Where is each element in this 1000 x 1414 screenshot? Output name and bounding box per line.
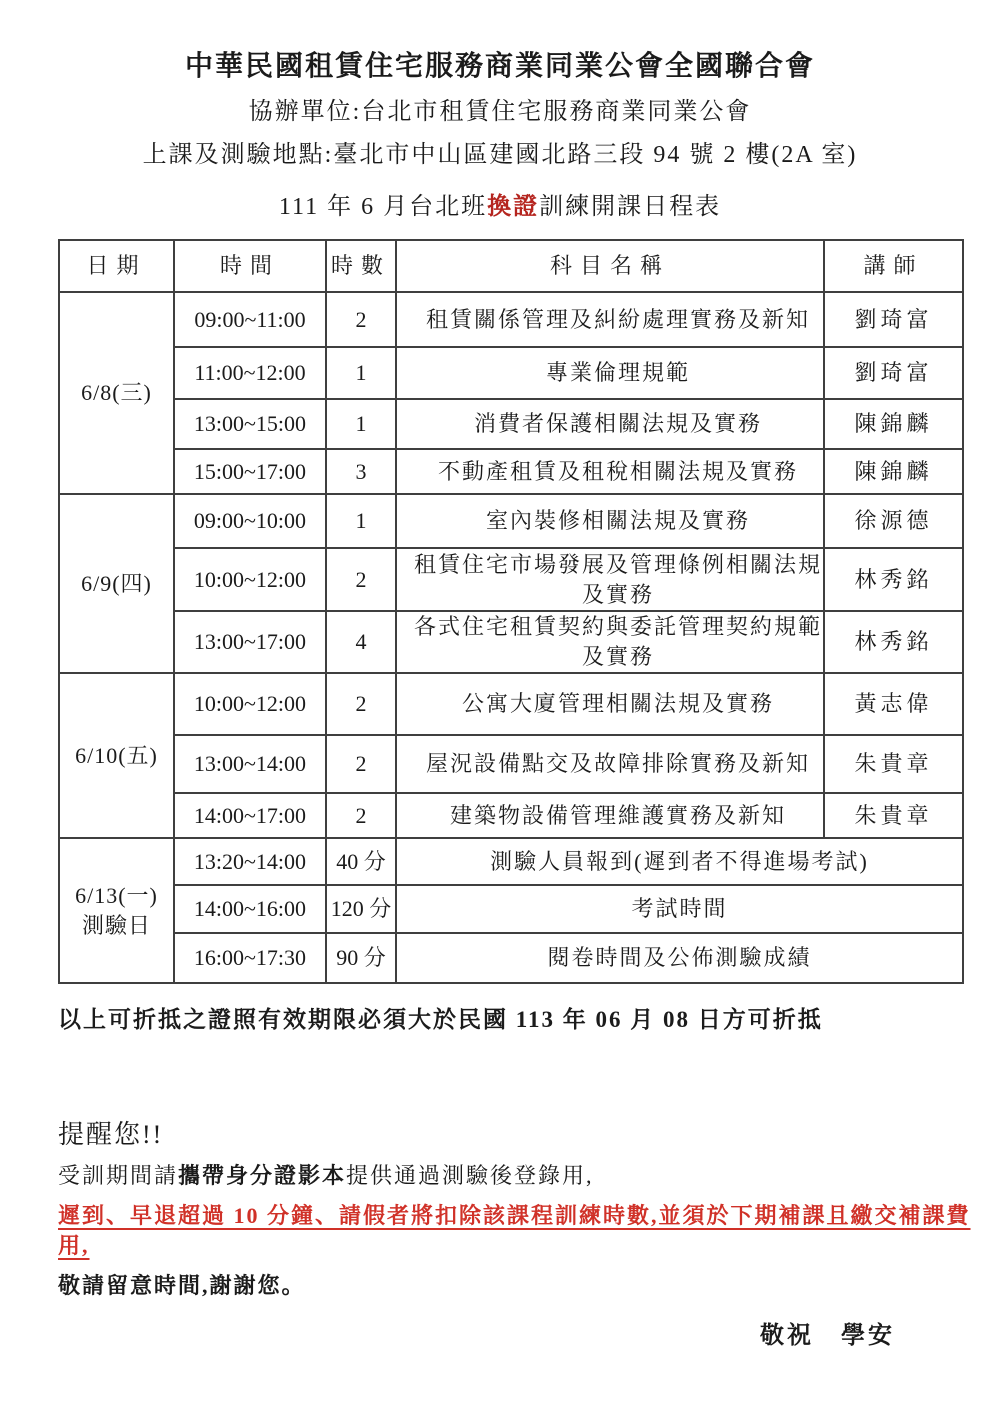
location-line: 上課及測驗地點:臺北市中山區建國北路三段 94 號 2 樓(2A 室) — [0, 140, 1000, 170]
table-row: 11:00~12:00 1 專業倫理規範 劉琦富 — [59, 347, 963, 399]
hours-cell: 1 — [326, 399, 396, 449]
time-cell: 13:00~17:00 — [174, 611, 326, 673]
table-row: 13:00~15:00 1 消費者保護相關法規及實務 陳錦麟 — [59, 399, 963, 449]
table-row: 14:00~17:00 2 建築物設備管理維護實務及新知 朱貴章 — [59, 793, 963, 838]
column-header-time: 時間 — [174, 240, 326, 292]
hours-cell: 2 — [326, 793, 396, 838]
instructor-cell: 劉琦富 — [824, 292, 963, 347]
instructor-cell: 陳錦麟 — [824, 449, 963, 494]
time-cell: 10:00~12:00 — [174, 548, 326, 611]
column-header-hours: 時數 — [326, 240, 396, 292]
id-card-note-post: 提供通過測驗後登錄用, — [346, 1163, 594, 1188]
hours-cell: 90 分 — [326, 933, 396, 983]
time-cell: 13:00~15:00 — [174, 399, 326, 449]
table-row: 13:00~17:00 4 各式住宅租賃契約與委託管理契約規範及實務 林秀銘 — [59, 611, 963, 673]
instructor-cell: 朱貴章 — [824, 793, 963, 838]
time-cell: 15:00~17:00 — [174, 449, 326, 494]
schedule-title-highlight: 換證 — [487, 194, 539, 220]
hours-cell: 1 — [326, 347, 396, 399]
document-page: 中華民國租賃住宅服務商業同業公會全國聯合會 協辦單位:台北市租賃住宅服務商業同業… — [0, 0, 1000, 1350]
page-title: 中華民國租賃住宅服務商業同業公會全國聯合會 — [0, 50, 1000, 84]
table-row: 14:00~16:00 120 分 考試時間 — [59, 885, 963, 933]
instructor-cell: 朱貴章 — [824, 735, 963, 793]
closing-note: 敬請留意時間,謝謝您。 — [58, 1271, 1000, 1301]
time-cell: 13:00~14:00 — [174, 735, 326, 793]
reminder-title: 提醒您!! — [58, 1114, 1000, 1151]
instructor-cell: 林秀銘 — [824, 611, 963, 673]
hours-cell: 2 — [326, 292, 396, 347]
instructor-cell: 黃志偉 — [824, 673, 963, 735]
table-row: 16:00~17:30 90 分 閱卷時間及公佈測驗成績 — [59, 933, 963, 983]
table-row: 6/13(一)測驗日 13:20~14:00 40 分 測驗人員報到(遲到者不得… — [59, 838, 963, 885]
time-cell: 09:00~11:00 — [174, 292, 326, 347]
late-penalty-warning: 遲到、早退超過 10 分鐘、請假者將扣除該課程訓練時數,並須於下期補課且繳交補課… — [58, 1201, 1000, 1261]
instructor-cell: 林秀銘 — [824, 548, 963, 611]
table-row: 6/9(四) 09:00~10:00 1 室內裝修相關法規及實務 徐源德 — [59, 494, 963, 548]
date-cell: 6/9(四) — [59, 494, 174, 673]
time-cell: 14:00~16:00 — [174, 885, 326, 933]
hours-cell: 3 — [326, 449, 396, 494]
subject-cell: 租賃住宅市場發展及管理條例相關法規及實務 — [396, 548, 824, 611]
time-cell: 10:00~12:00 — [174, 673, 326, 735]
table-header-row: 日期 時間 時數 科目名稱 講師 — [59, 240, 963, 292]
hours-cell: 120 分 — [326, 885, 396, 933]
schedule-title: 111 年 6 月台北班換證訓練開課日程表 — [0, 192, 1000, 222]
hours-cell: 2 — [326, 735, 396, 793]
id-card-note-pre: 受訓期間請 — [58, 1163, 178, 1188]
document-header: 中華民國租賃住宅服務商業同業公會全國聯合會 協辦單位:台北市租賃住宅服務商業同業… — [0, 50, 1000, 222]
date-cell: 6/10(五) — [59, 673, 174, 838]
subject-cell: 考試時間 — [396, 885, 963, 933]
subject-cell: 不動產租賃及租稅相關法規及實務 — [396, 449, 824, 494]
table-row: 6/8(三) 09:00~11:00 2 租賃關係管理及糾紛處理實務及新知 劉琦… — [59, 292, 963, 347]
id-card-note: 受訓期間請攜帶身分證影本提供通過測驗後登錄用, — [58, 1161, 1000, 1191]
salutation: 敬祝 學安 — [58, 1315, 1000, 1350]
subject-cell: 專業倫理規範 — [396, 347, 824, 399]
schedule-table: 日期 時間 時數 科目名稱 講師 6/8(三) 09:00~11:00 2 租賃… — [58, 239, 964, 984]
subject-cell: 租賃關係管理及糾紛處理實務及新知 — [396, 292, 824, 347]
subject-cell: 消費者保護相關法規及實務 — [396, 399, 824, 449]
time-cell: 14:00~17:00 — [174, 793, 326, 838]
table-row: 6/10(五) 10:00~12:00 2 公寓大廈管理相關法規及實務 黃志偉 — [59, 673, 963, 735]
column-header-instructor: 講師 — [824, 240, 963, 292]
date-cell: 6/8(三) — [59, 292, 174, 494]
subject-cell: 各式住宅租賃契約與委託管理契約規範及實務 — [396, 611, 824, 673]
schedule-title-prefix: 111 年 6 月台北班 — [279, 194, 487, 220]
table-row: 10:00~12:00 2 租賃住宅市場發展及管理條例相關法規及實務 林秀銘 — [59, 548, 963, 611]
organizer-line: 協辦單位:台北市租賃住宅服務商業同業公會 — [0, 97, 1000, 127]
schedule-title-suffix: 訓練開課日程表 — [539, 194, 721, 220]
instructor-cell: 徐源德 — [824, 494, 963, 548]
table-row: 13:00~14:00 2 屋況設備點交及故障排除實務及新知 朱貴章 — [59, 735, 963, 793]
column-header-date: 日期 — [59, 240, 174, 292]
time-cell: 16:00~17:30 — [174, 933, 326, 983]
instructor-cell: 陳錦麟 — [824, 399, 963, 449]
table-row: 15:00~17:00 3 不動產租賃及租稅相關法規及實務 陳錦麟 — [59, 449, 963, 494]
subject-cell: 閱卷時間及公佈測驗成績 — [396, 933, 963, 983]
time-cell: 13:20~14:00 — [174, 838, 326, 885]
reminder-section: 提醒您!! 受訓期間請攜帶身分證影本提供通過測驗後登錄用, 遲到、早退超過 10… — [58, 1114, 1000, 1350]
subject-cell: 公寓大廈管理相關法規及實務 — [396, 673, 824, 735]
date-text: 6/13(一) — [75, 883, 158, 908]
time-cell: 11:00~12:00 — [174, 347, 326, 399]
date-note: 測驗日 — [82, 913, 151, 938]
id-card-note-bold: 攜帶身分證影本 — [178, 1163, 346, 1188]
date-cell: 6/13(一)測驗日 — [59, 838, 174, 983]
subject-cell: 測驗人員報到(遲到者不得進場考試) — [396, 838, 963, 885]
hours-cell: 2 — [326, 673, 396, 735]
subject-cell: 室內裝修相關法規及實務 — [396, 494, 824, 548]
hours-cell: 4 — [326, 611, 396, 673]
subject-cell: 屋況設備點交及故障排除實務及新知 — [396, 735, 824, 793]
time-cell: 09:00~10:00 — [174, 494, 326, 548]
validity-note: 以上可折抵之證照有效期限必須大於民國 113 年 06 月 08 日方可折抵 — [58, 1001, 1000, 1034]
column-header-subject: 科目名稱 — [396, 240, 824, 292]
subject-cell: 建築物設備管理維護實務及新知 — [396, 793, 824, 838]
instructor-cell: 劉琦富 — [824, 347, 963, 399]
hours-cell: 40 分 — [326, 838, 396, 885]
hours-cell: 2 — [326, 548, 396, 611]
hours-cell: 1 — [326, 494, 396, 548]
